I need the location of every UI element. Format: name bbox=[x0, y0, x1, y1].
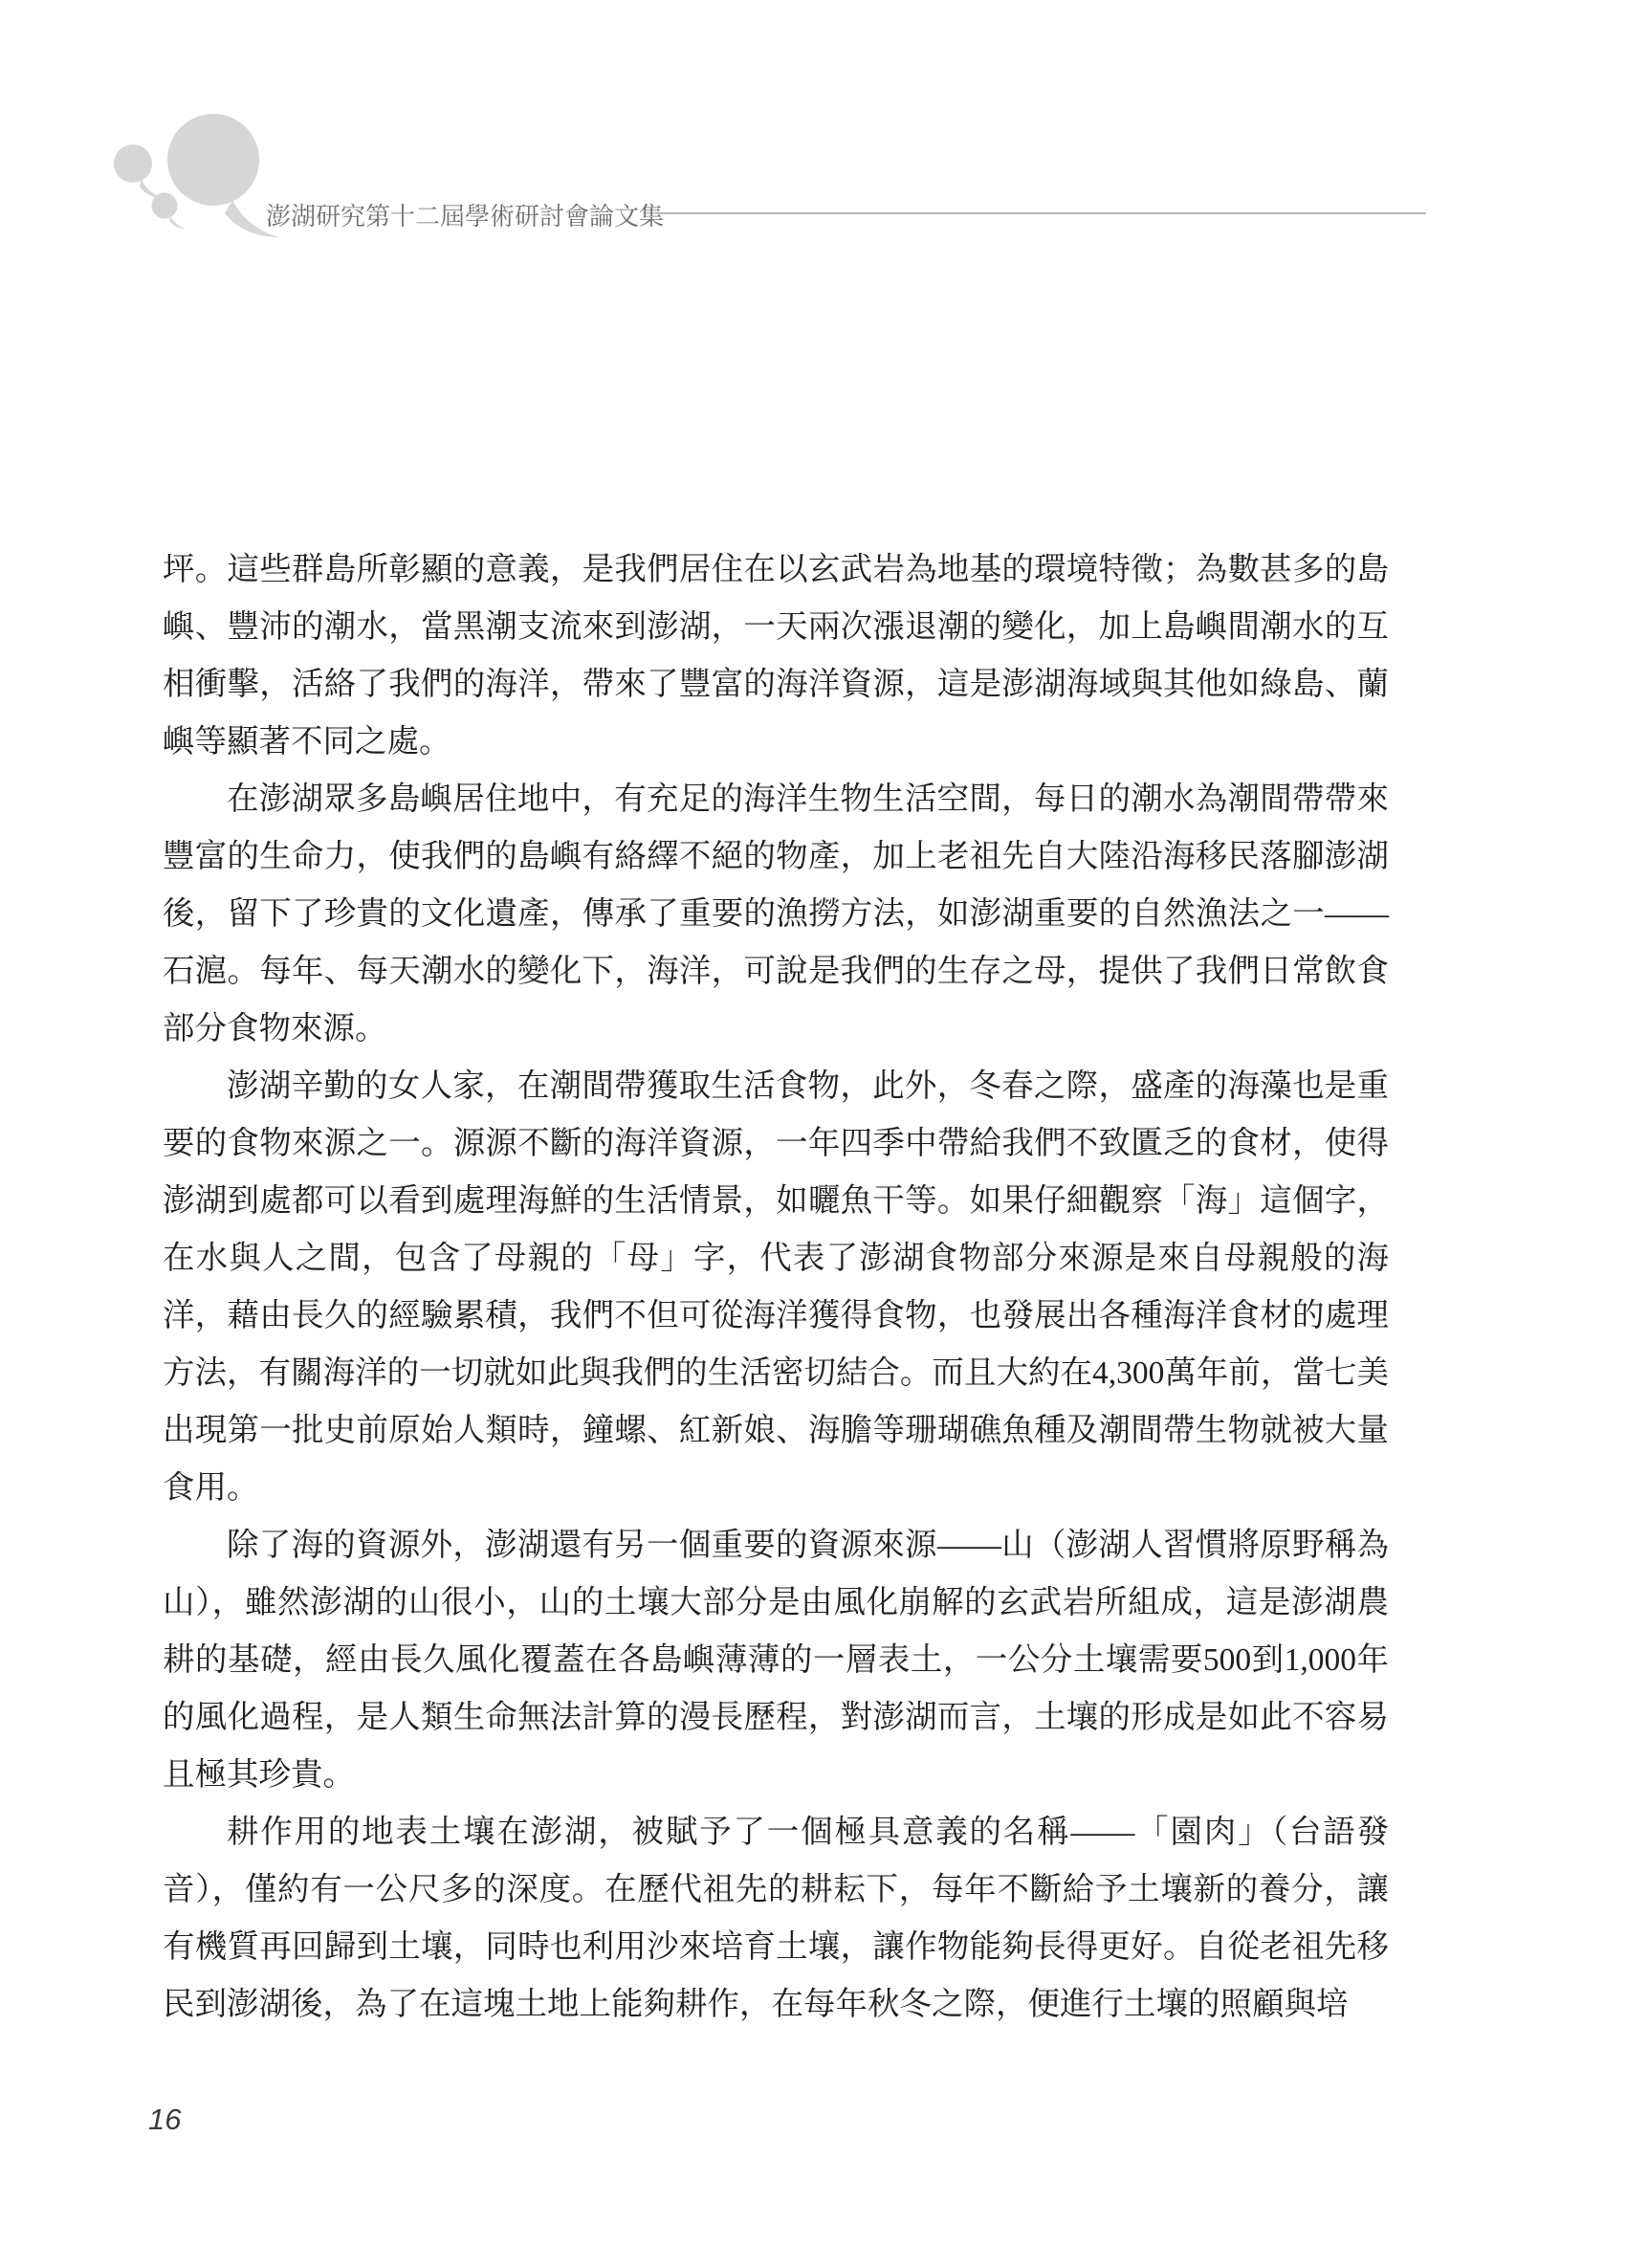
body-text: 坪。這些群島所彰顯的意義，是我們居住在以玄武岩為地基的環境特徵；為數甚多的島嶼、… bbox=[163, 541, 1389, 2034]
paragraph-5: 耕作用的地表土壤在澎湖，被賦予了一個極具意義的名稱——「園肉」（台語發音），僅約… bbox=[163, 1804, 1389, 2034]
speech-bubbles-logo-icon bbox=[100, 91, 292, 253]
header-rule bbox=[657, 212, 1426, 214]
paragraph-1: 坪。這些群島所彰顯的意義，是我們居住在以玄武岩為地基的環境特徵；為數甚多的島嶼、… bbox=[163, 541, 1389, 771]
document-page: 澎湖研究第十二屆學術研討會論文集 坪。這些群島所彰顯的意義，是我們居住在以玄武岩… bbox=[0, 0, 1626, 2268]
book-title: 澎湖研究第十二屆學術研討會論文集 bbox=[266, 197, 664, 232]
page-header: 澎湖研究第十二屆學術研討會論文集 bbox=[0, 0, 1626, 325]
page-number: 16 bbox=[148, 2103, 181, 2137]
paragraph-2: 在澎湖眾多島嶼居住地中，有充足的海洋生物生活空間，每日的潮水為潮間帶帶來豐富的生… bbox=[163, 771, 1389, 1058]
paragraph-3: 澎湖辛勤的女人家，在潮間帶獲取生活食物，此外，冬春之際，盛產的海藻也是重要的食物… bbox=[163, 1058, 1389, 1517]
paragraph-4: 除了海的資源外，澎湖還有另一個重要的資源來源——山（澎湖人習慣將原野稱為山），雖… bbox=[163, 1517, 1389, 1804]
